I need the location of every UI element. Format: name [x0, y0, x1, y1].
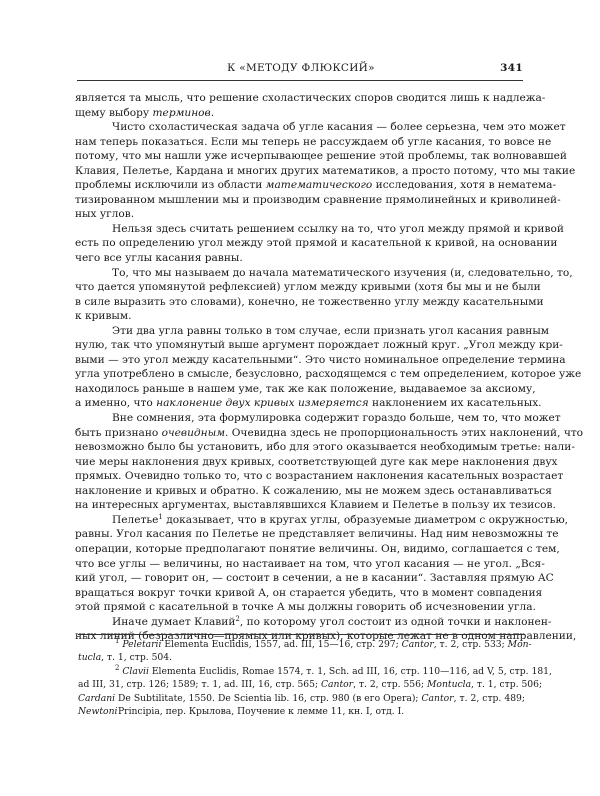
running-title: К «МЕТОДУ ФЛЮКСИЙ» [77, 62, 525, 74]
text-line: нулю, так что упомянутый выше аргумент п… [75, 338, 525, 353]
text-line: а именно, что наклонение двух кривых изм… [75, 396, 525, 411]
footnote-line: CardaniDe Subtilitate, 1550. De Scientia… [78, 692, 525, 705]
text-line: что дается упомянутой рефлексией) углом … [75, 280, 525, 295]
emphasis-text: математического [266, 179, 373, 191]
citation-text: De Subtilitate, 1550. De Scientia lib. 1… [118, 693, 422, 704]
citation-text: Elementa Euclidis, Romae 1574, т. 1, Sch… [149, 666, 552, 677]
author-name: Cardani [78, 692, 118, 705]
citation-text: , т. 2, стр. 556; [353, 679, 427, 690]
line-text: Нельзя здесь считать решением ссылку на … [112, 223, 564, 235]
line-text: есть по определению угол между этой прям… [75, 237, 557, 249]
line-text: Чисто схоластическая задача об угле каса… [112, 121, 566, 133]
line-text: а именно, что [75, 397, 156, 409]
line-text: прямых. Очевидно только то, что с возрас… [75, 470, 563, 482]
text-line: наклонение и кривых и обратно. К сожален… [75, 484, 525, 499]
author-name: Clavii [122, 666, 149, 677]
footnote-number: 2 [115, 664, 119, 672]
line-text: тизированном мышлении мы и производим ср… [75, 194, 561, 206]
text-line: операции, которые предполагают понятие в… [75, 542, 525, 557]
line-text: . Очевидна здесь не пропорциональность э… [225, 427, 583, 439]
text-line: находилось раньше в нашем уме, так же ка… [75, 382, 525, 397]
footnote-number: 1 [115, 637, 119, 645]
text-line: равны. Угол касания по Пелетье не предст… [75, 527, 525, 542]
text-line: вращаться вокруг точки кривой A, он стар… [75, 586, 525, 601]
body-text: является та мысль, что решение схоластич… [75, 91, 525, 644]
line-text: ных углов. [75, 208, 134, 220]
page-number: 341 [500, 62, 523, 74]
footnote-line: 2 Clavii Elementa Euclidis, Romae 1574, … [78, 665, 525, 678]
line-text: находилось раньше в нашем уме, так же ка… [75, 383, 536, 395]
author-name: Cantor [402, 639, 434, 650]
text-line: потому, что мы нашли уже исчерпывающее р… [75, 149, 525, 164]
text-line: ных углов. [75, 207, 525, 222]
text-line: чие меры наклонения двух кривых, соответ… [75, 455, 525, 470]
author-name: Cantor [422, 693, 454, 704]
line-text: на интересных аргументах, выставлявшихся… [75, 499, 556, 511]
author-name: Newtoni [78, 705, 118, 718]
footnote-line: NewtoniPrincipia, пер. Крылова, Поучение… [78, 705, 525, 718]
line-text: То, что мы называем до начала математиче… [112, 267, 573, 279]
text-line: тизированном мышлении мы и производим ср… [75, 193, 525, 208]
line-text: исследования, хотя в нематема- [372, 179, 556, 191]
author-name: Cantor [321, 679, 353, 690]
footnote-line: 1 Peletarii Elementa Euclidis, 1557, ad.… [78, 638, 525, 651]
author-name: Mon- [508, 639, 532, 650]
citation-text: ad III, 31, стр. 126; 1589; т. 1, ad. II… [78, 679, 321, 690]
line-text: доказывает, что в кругах углы, образуемы… [163, 514, 568, 526]
text-line: к кривым. [75, 309, 525, 324]
line-text: проблемы исключили из области [75, 179, 266, 191]
citation-text: , т. 1, стр. 504. [101, 652, 172, 663]
text-line: То, что мы называем до начала математиче… [75, 266, 525, 281]
citation-text: , т. 2, стр. 489; [454, 693, 525, 704]
line-text: что все углы — величины, но настаивает н… [75, 558, 545, 570]
text-line: проблемы исключили из области математиче… [75, 178, 525, 193]
text-line: прямых. Очевидно только то, что с возрас… [75, 469, 525, 484]
text-line: Эти два угла равны только в том случае, … [75, 324, 525, 339]
text-line: чего все углы касания равны. [75, 251, 525, 266]
line-text: наклонением их касательных. [369, 397, 542, 409]
line-text: равны. Угол касания по Пелетье не предст… [75, 528, 559, 540]
text-line: Вне сомнения, эта формулировка содержит … [75, 411, 525, 426]
footnotes: 1 Peletarii Elementa Euclidis, 1557, ad.… [78, 638, 525, 718]
text-line: этой прямой с касательной в точке A мы д… [75, 600, 525, 615]
line-text: Эти два угла равны только в том случае, … [112, 325, 549, 337]
line-text: потому, что мы нашли уже исчерпывающее р… [75, 150, 567, 162]
text-line: что все углы — величины, но настаивает н… [75, 557, 525, 572]
author-name: tucla [78, 652, 101, 663]
line-text: к кривым. [75, 310, 131, 322]
citation-text: Elementa Euclidis, 1557, ad. III, 15—16,… [161, 639, 401, 650]
text-line: щему выбору терминов. [75, 106, 525, 121]
text-line: кий угол, — говорит он, — состоит в сече… [75, 571, 525, 586]
line-text: чего все углы касания равны. [75, 252, 243, 264]
footnote-rule [78, 634, 525, 635]
line-text: является та мысль, что решение схоластич… [75, 92, 545, 104]
text-line: быть признано очевидным. Очевидна здесь … [75, 426, 525, 441]
text-line: Клавия, Пелетье, Кардана и многих других… [75, 164, 525, 179]
emphasis-text: очевидным [162, 427, 225, 439]
line-text: Клавия, Пелетье, Кардана и многих других… [75, 165, 575, 177]
text-line: в силе выразить это словами), конечно, н… [75, 295, 525, 310]
citation-text: Principia, пер. Крылова, Поучение к лемм… [118, 706, 404, 717]
text-line: есть по определению угол между этой прям… [75, 236, 525, 251]
line-text: невозможно было бы установить, ибо для э… [75, 441, 575, 453]
line-text: нулю, так что упомянутый выше аргумент п… [75, 339, 563, 351]
text-line: Иначе думает Клавий2, по которому угол с… [75, 615, 525, 630]
line-text: что дается упомянутой рефлексией) углом … [75, 281, 541, 293]
citation-text: , т. 2, стр. 533; [434, 639, 508, 650]
header-rule [77, 80, 523, 81]
running-header: К «МЕТОДУ ФЛЮКСИЙ» 341 [77, 61, 525, 77]
line-text: кий угол, — говорит он, — состоит в сече… [75, 572, 554, 584]
line-text: угла употреблено в смысле, безусловно, р… [75, 368, 581, 380]
text-line: невозможно было бы установить, ибо для э… [75, 440, 525, 455]
line-text: щему выбору [75, 107, 153, 119]
emphasis-text: терминов [153, 107, 211, 119]
footnote-line: tucla, т. 1, стр. 504. [78, 651, 525, 664]
line-text: операции, которые предполагают понятие в… [75, 543, 560, 555]
line-text: нам теперь показаться. Если мы теперь не… [75, 136, 551, 148]
line-text: , по которому угол состоит из одной точк… [240, 616, 552, 628]
line-text: Иначе думает Клавий [112, 616, 235, 628]
citation-text: , т. 1, стр. 506; [471, 679, 542, 690]
line-text: вращаться вокруг точки кривой A, он стар… [75, 587, 542, 599]
text-line: на интересных аргументах, выставлявшихся… [75, 498, 525, 513]
text-line: угла употреблено в смысле, безусловно, р… [75, 367, 525, 382]
author-name: Peletarii [122, 639, 161, 650]
text-line: Чисто схоластическая задача об угле каса… [75, 120, 525, 135]
line-text: быть признано [75, 427, 162, 439]
text-line: является та мысль, что решение схоластич… [75, 91, 525, 106]
text-line: нам теперь показаться. Если мы теперь не… [75, 135, 525, 150]
footnote-line: ad III, 31, стр. 126; 1589; т. 1, ad. II… [78, 678, 525, 691]
text-line: Нельзя здесь считать решением ссылку на … [75, 222, 525, 237]
line-text: этой прямой с касательной в точке A мы д… [75, 601, 536, 613]
line-text: Вне сомнения, эта формулировка содержит … [112, 412, 561, 424]
text-line: выми — это угол между касательными“. Это… [75, 353, 525, 368]
line-text: чие меры наклонения двух кривых, соответ… [75, 456, 558, 468]
author-name: Montucla [427, 679, 471, 690]
line-text: Пелетье [112, 514, 158, 526]
line-text: выми — это угол между касательными“. Это… [75, 354, 566, 366]
line-text: в силе выразить это словами), конечно, н… [75, 296, 544, 308]
line-text: наклонение и кривых и обратно. К сожален… [75, 485, 552, 497]
emphasis-text: наклонение двух кривых измеряется [156, 397, 369, 409]
book-page: К «МЕТОДУ ФЛЮКСИЙ» 341 является та мысль… [0, 0, 600, 796]
line-text: . [211, 107, 214, 119]
text-line: Пелетье1 доказывает, что в кругах углы, … [75, 513, 525, 528]
